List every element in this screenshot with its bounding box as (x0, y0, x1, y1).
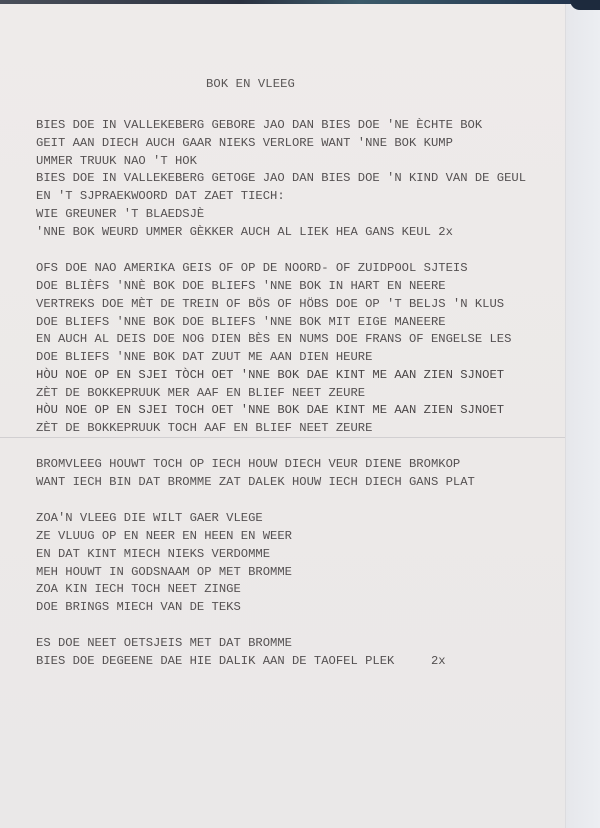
lyric-line: BIES DOE IN VALLEKEBERG GEBORE JAO DAN B… (36, 118, 482, 132)
lyric-line: DOE BLIÈFS 'NNÈ BOK DOE BLIEFS 'NNE BOK … (36, 279, 446, 293)
song-title: BOK EN VLEEG (206, 77, 295, 91)
lyric-line: WANT IECH BIN DAT BROMME ZAT DALEK HOUW … (36, 475, 475, 489)
lyric-line: DOE BLIEFS 'NNE BOK DAT ZUUT ME AAN DIEN… (36, 350, 372, 364)
lyric-line: ZÈT DE BOKKEPRUUK TOCH AAF EN BLIEF NEET… (36, 421, 372, 435)
lyric-line: EN DAT KINT MIECH NIEKS VERDOMME (36, 547, 270, 561)
lyric-line: OFS DOE NAO AMERIKA GEIS OF OP DE NOORD-… (36, 261, 468, 275)
lyric-line: ZOA'N VLEEG DIE WILT GAER VLEGE (36, 511, 263, 525)
lyric-line: ZE VLUUG OP EN NEER EN HEEN EN WEER (36, 529, 292, 543)
paper-fold (0, 437, 565, 438)
lyric-line: ZOA KIN IECH TOCH NEET ZINGE (36, 582, 241, 596)
lyric-line: ES DOE NEET OETSJEIS MET DAT BROMME (36, 636, 292, 650)
lyric-line: ZÈT DE BOKKEPRUUK MER AAF EN BLIEF NEET … (36, 386, 365, 400)
lyric-line: WIE GREUNER 'T BLAEDSJÈ (36, 207, 204, 221)
background-corner (570, 0, 600, 10)
lyric-line: DOE BLIEFS 'NNE BOK DOE BLIEFS 'NNE BOK … (36, 315, 446, 329)
lyric-line: MEH HOUWT IN GODSNAAM OP MET BROMME (36, 565, 292, 579)
lyric-line: BIES DOE IN VALLEKEBERG GETOGE JAO DAN B… (36, 171, 526, 185)
lyric-line: HÒU NOE OP EN SJEI TÒCH OET 'NNE BOK DAE… (36, 368, 504, 382)
lyric-line: BROMVLEEG HOUWT TOCH OP IECH HOUW DIECH … (36, 457, 460, 471)
lyric-line: GEIT AAN DIECH AUCH GAAR NIEKS VERLORE W… (36, 136, 453, 150)
lyric-line: DOE BRINGS MIECH VAN DE TEKS (36, 600, 241, 614)
lyric-line: VERTREKS DOE MÈT DE TREIN OF BÖS OF HÖBS… (36, 297, 504, 311)
paper-edge-strip (565, 4, 600, 828)
lyric-line: 'NNE BOK WEURD UMMER GÈKKER AUCH AL LIEK… (36, 225, 453, 239)
lyric-line: EN 'T SJPRAEKWOORD DAT ZAET TIECH: (36, 189, 285, 203)
lyric-line: UMMER TRUUK NAO 'T HOK (36, 154, 197, 168)
lyric-line: BIES DOE DEGEENE DAE HIE DALIK AAN DE TA… (36, 654, 446, 668)
lyric-line: HÒU NOE OP EN SJEI TOCH OET 'NNE BOK DAE… (36, 403, 504, 417)
lyric-line: EN AUCH AL DEIS DOE NOG DIEN BÈS EN NUMS… (36, 332, 511, 346)
